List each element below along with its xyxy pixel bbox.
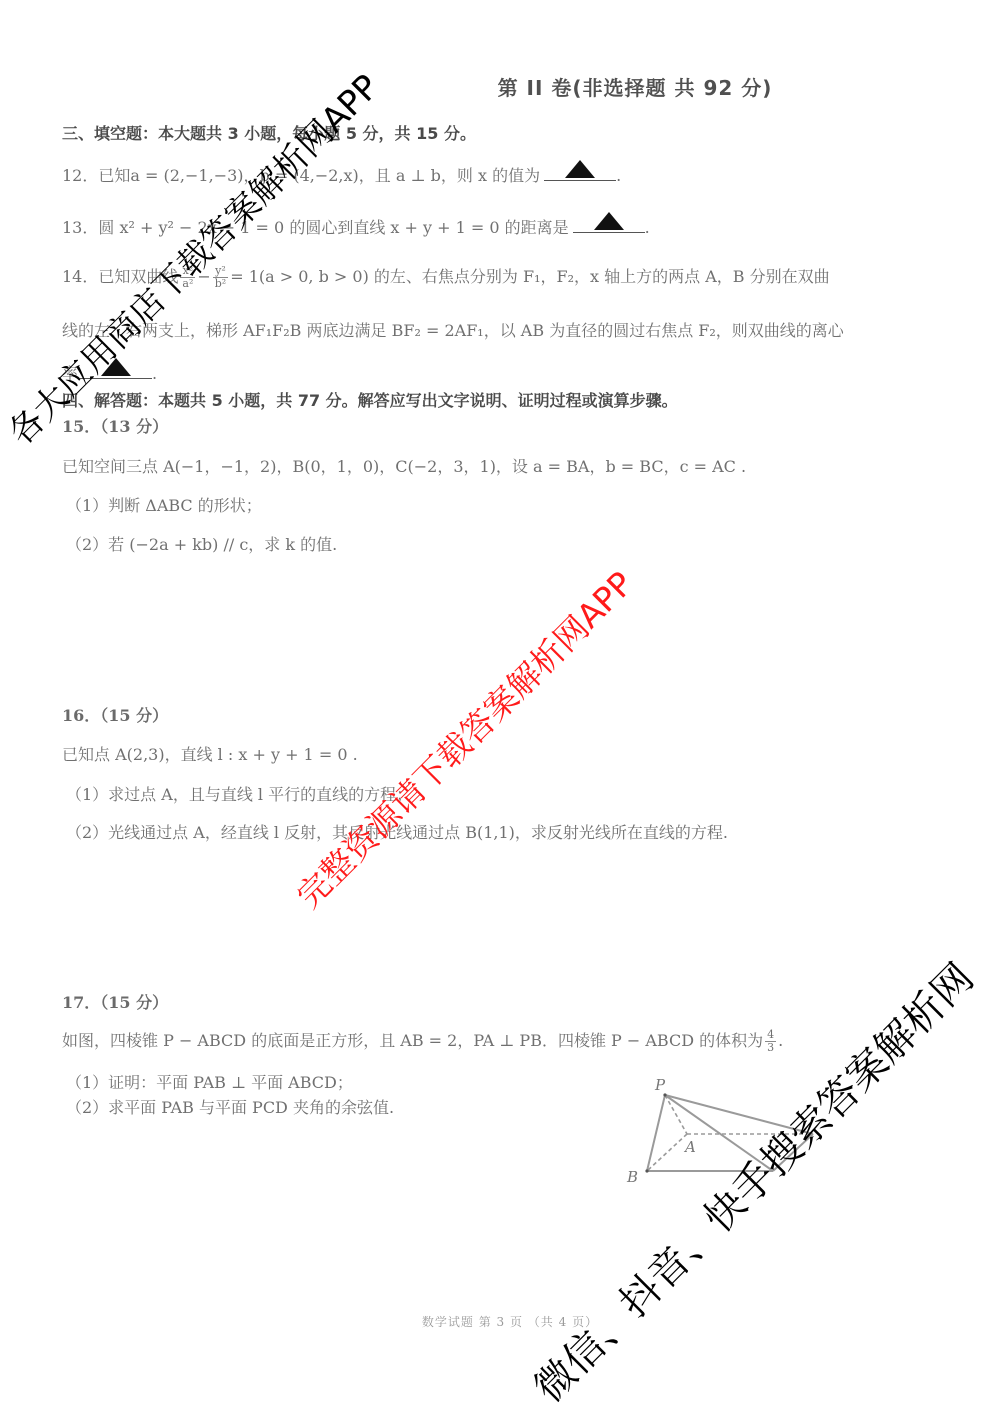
label-B: B: [626, 1168, 638, 1186]
question-14-line2: 线的左、右两支上，梯形 AF₁F₂B 两底边满足 BF₂ = 2AF₁，以 AB…: [62, 318, 844, 341]
question-end: .: [645, 218, 650, 237]
question-number: 12．: [62, 166, 98, 185]
question-17-part-1: （1）证明：平面 PAB ⊥ 平面 ABCD；: [66, 1070, 353, 1093]
question-number: 14．: [62, 267, 98, 286]
answer-blank: [544, 162, 616, 181]
question-number: 13．: [62, 218, 98, 237]
question-16-heading: 16．（15 分）: [62, 703, 168, 726]
question-end: .: [616, 166, 621, 185]
triangle-icon: [565, 160, 595, 178]
part-title: 第 II 卷(非选择题 共 92 分): [0, 72, 1000, 101]
question-text-prefix: 已知: [98, 166, 130, 185]
section-answer-heading: 四、解答题：本题共 5 小题，共 77 分。解答应写出文字说明、证明过程或演算步…: [62, 388, 678, 411]
label-P: P: [654, 1076, 666, 1094]
question-17-part-2: （2）求平面 PAB 与平面 PCD 夹角的余弦值.: [66, 1095, 394, 1118]
triangle-icon: [594, 212, 624, 230]
label-A: A: [683, 1138, 696, 1156]
watermark-bottom-right: 微信、抖音、快手搜索答案解析网: [520, 948, 985, 1413]
question-16-part-1: （1）求过点 A，且与直线 l 平行的直线的方程；: [66, 782, 412, 805]
question-text: a = (2,−1,−3)，b = (4,−2,x)，且 a ⊥ b，则 x 的…: [130, 166, 540, 185]
fraction-volume: 43: [765, 1029, 776, 1054]
question-16-body: 已知点 A(2,3)，直线 l : x + y + 1 = 0 .: [62, 742, 358, 765]
question-12: 12．已知a = (2,−1,−3)，b = (4,−2,x)，且 a ⊥ b，…: [62, 162, 621, 186]
question-15-part-1: （1）判断 ΔABC 的形状；: [66, 493, 262, 516]
question-text-post: = 1(a > 0, b > 0) 的左、右焦点分别为 F₁，F₂，x 轴上方的…: [230, 267, 829, 286]
question-17-body: 如图，四棱锥 P − ABCD 的底面是正方形，且 AB = 2，PA ⊥ PB…: [62, 1028, 783, 1054]
question-15-part-2: （2）若 (−2a + kb) // c，求 k 的值.: [66, 532, 337, 555]
watermark-center: 完整资源请下载答案解析网APP: [285, 560, 642, 917]
question-15-body: 已知空间三点 A(−1，−1，2)，B(0，1，0)，C(−2，3，1)，设 a…: [62, 454, 746, 477]
question-15-heading: 15．（13 分）: [62, 414, 168, 437]
answer-blank: [573, 214, 645, 233]
section-fill-in-heading: 三、填空题：本大题共 3 小题，每小题 5 分，共 15 分。: [62, 121, 476, 144]
question-17-heading: 17．（15 分）: [62, 990, 168, 1013]
question-13: 13．圆 x² + y² − 2x − 1 = 0 的圆心到直线 x + y +…: [62, 214, 650, 238]
page-footer: 数学试题 第 3 页 （共 4 页）: [0, 1313, 1000, 1330]
question-text: 圆 x² + y² − 2x − 1 = 0 的圆心到直线 x + y + 1 …: [98, 218, 568, 237]
